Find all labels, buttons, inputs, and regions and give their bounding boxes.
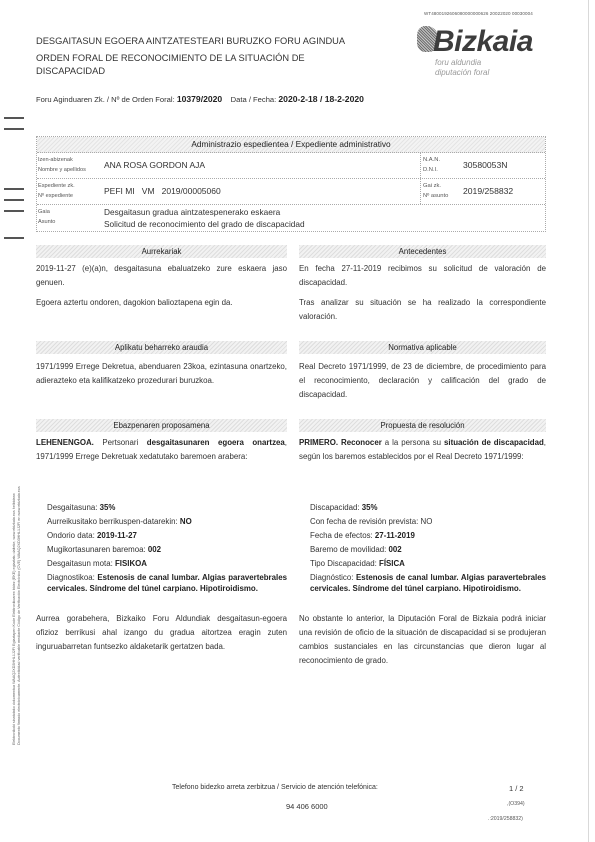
item-value: 27-11-2019 — [375, 531, 415, 540]
document-title-basque: DESGAITASUN EGOERA AINTZATESTEARI BURUZK… — [36, 36, 345, 46]
margin-tick-mark — [4, 188, 24, 190]
label-spanish: Nombre y apellidos — [38, 165, 102, 175]
item-label: Discapacidad: — [310, 503, 362, 512]
section-heading-antecedentes: Antecedentes — [299, 245, 546, 258]
section-heading-normativa: Normativa aplicable — [299, 341, 546, 354]
phone-service-label: Telefono bidezko arreta zerbitzua / Serv… — [172, 784, 378, 791]
intro-bold: situación de discapacidad — [444, 438, 544, 447]
label-spanish: Nº asunto — [423, 191, 463, 201]
logo-subtitle-basque: foru aldundia — [435, 58, 481, 67]
item-value: NO — [421, 517, 433, 526]
diagnosis-label: Diagnostikoa: — [47, 573, 97, 582]
aurrekariak-paragraph: 2019-11-27 (e)(a)n, desgaitasuna ebaluat… — [36, 262, 287, 290]
antecedentes-paragraph: Tras analizar su situación se ha realiza… — [299, 296, 546, 324]
intro-lead: LEHENENGOA. — [36, 438, 94, 447]
propuesta-intro: PRIMERO. Reconocer a la persona su situa… — [299, 436, 546, 464]
expediente-table: Administrazio espedientea / Expediente a… — [36, 136, 546, 232]
logo-wordmark: Bizkaia — [433, 25, 533, 59]
footer-reference-asunto: .:2019/258832) — [488, 816, 523, 822]
scan-edge-line — [588, 0, 589, 842]
document-title-spanish: ORDEN FORAL DE RECONOCIMIENTO DE LA SITU… — [36, 52, 366, 78]
item-value: FÍSICA — [379, 559, 405, 568]
intro-text: Pertsonari — [94, 438, 147, 447]
intro-text: a la persona su — [382, 438, 444, 447]
label-basque: Gai zk. — [423, 181, 463, 191]
label-basque: Gaia — [38, 207, 102, 217]
section-heading-araudia: Aplikatu beharreko araudia — [36, 341, 287, 354]
section-heading-aurrekariak: Aurrekariak — [36, 245, 287, 258]
araudia-paragraph: 1971/1999 Errege Dekretua, abenduaren 23… — [36, 360, 287, 388]
proposamena-details-list: Desgaitasuna: 35% Aurreikusitako berriku… — [47, 501, 287, 594]
item-label: Baremo de movilidad: — [310, 545, 389, 554]
bizkaia-logo: Bizkaia foru aldundia diputación foral — [417, 22, 567, 82]
electronic-signature-side-text: Elektronikoki sinatutako dokumentua WAAQ… — [12, 285, 21, 745]
list-item: Desgaitasuna: 35% — [47, 501, 287, 515]
applicant-name: ANA ROSA GORDON AJA — [102, 153, 420, 178]
field-label: Izen-abizenak Nombre y apellidos — [37, 153, 102, 178]
margin-tick-mark — [4, 117, 24, 119]
item-label: Ondorio data: — [47, 531, 97, 540]
list-item: Discapacidad: 35% — [310, 501, 546, 515]
section-heading-proposamena: Ebazpenaren proposamena — [36, 419, 287, 432]
order-number-value: 10379/2020 — [177, 94, 222, 104]
label-spanish: Nº expediente — [38, 191, 102, 201]
list-item: Mugikortasunaren baremoa: 002 — [47, 543, 287, 557]
footer-reference-code: ,(O394) — [507, 801, 525, 807]
table-row: Izen-abizenak Nombre y apellidos ANA ROS… — [37, 153, 545, 179]
margin-tick-mark — [4, 237, 24, 239]
item-value: 002 — [389, 545, 402, 554]
item-label: Con fecha de revisión prevista: — [310, 517, 421, 526]
item-value: FISIKOA — [115, 559, 147, 568]
asunto-value: Desgaitasun gradua aintzatespenerako esk… — [102, 205, 545, 231]
phone-service-number: 94 406 6000 — [286, 802, 328, 811]
dni-value: 30580053N — [463, 153, 545, 178]
intro-lead: PRIMERO. — [299, 438, 338, 447]
margin-tick-mark — [4, 210, 24, 212]
margin-tick-mark — [4, 128, 24, 130]
list-item: Baremo de movilidad: 002 — [310, 543, 546, 557]
expediente-table-header: Administrazio espedientea / Expediente a… — [37, 137, 545, 153]
asunto-basque: Desgaitasun gradua aintzatespenerako esk… — [104, 206, 545, 218]
antecedentes-paragraph: En fecha 27-11-2019 recibimos su solicit… — [299, 262, 546, 290]
order-date-value: 2020-2-18 / 18-2-2020 — [278, 94, 364, 104]
label-basque: Espediente zk. — [38, 181, 102, 191]
order-date-label: Data / Fecha: — [231, 95, 277, 104]
label-basque: Izen-abizenak — [38, 155, 102, 165]
field-label: Gai zk. Nº asunto — [420, 179, 463, 204]
label-spanish: Asunto — [38, 217, 102, 227]
order-number-line: Foru Aginduaren Zk. / Nº de Orden Foral:… — [36, 94, 364, 104]
document-barcode-code: WT4800192606080000000626 20022020 000300… — [424, 11, 533, 16]
diagnosis: Diagnostikoa: Estenosis de canal lumbar.… — [47, 573, 287, 594]
item-label: Tipo Discapacidad: — [310, 559, 379, 568]
normativa-paragraph: Real Decreto 1971/1999, de 23 de diciemb… — [299, 360, 546, 402]
list-item: Fecha de efectos: 27-11-2019 — [310, 529, 546, 543]
intro-bold: desgaitasunaren egoera onartzea — [147, 438, 285, 447]
list-item: Aurreikusitako berrikuspen-datarekin: NO — [47, 515, 287, 529]
field-label: Gaia Asunto — [37, 205, 102, 231]
item-label: Desgaitasun mota: — [47, 559, 115, 568]
proposamena-closing: Aurrea gorabehera, Bizkaiko Foru Aldundi… — [36, 612, 287, 654]
item-value: 35% — [362, 503, 378, 512]
aurrekariak-paragraph: Egoera aztertu ondoren, dagokion baliozt… — [36, 296, 287, 310]
asunto-number: 2019/258832 — [463, 179, 545, 204]
order-number-label: Foru Aginduaren Zk. / Nº de Orden Foral: — [36, 95, 175, 104]
propuesta-details-list: Discapacidad: 35% Con fecha de revisión … — [310, 501, 546, 594]
list-item: Con fecha de revisión prevista: NO — [310, 515, 546, 529]
section-heading-propuesta: Propuesta de resolución — [299, 419, 546, 432]
margin-tick-mark — [4, 199, 24, 201]
item-value: NO — [180, 517, 192, 526]
asunto-spanish: Solicitud de reconocimiento del grado de… — [104, 218, 545, 230]
diagnosis-label: Diagnóstico: — [310, 573, 356, 582]
propuesta-closing: No obstante lo anterior, la Diputación F… — [299, 612, 546, 668]
list-item: Desgaitasun mota: FISIKOA — [47, 557, 287, 571]
proposamena-intro: LEHENENGOA. Pertsonari desgaitasunaren e… — [36, 436, 287, 464]
list-item: Tipo Discapacidad: FÍSICA — [310, 557, 546, 571]
item-label: Mugikortasunaren baremoa: — [47, 545, 148, 554]
table-row: Gaia Asunto Desgaitasun gradua aintzates… — [37, 205, 545, 231]
item-label: Desgaitasuna: — [47, 503, 100, 512]
item-value: 2019-11-27 — [97, 531, 137, 540]
page-number: 1 / 2 — [509, 784, 524, 793]
label-basque: N.A.N. — [423, 155, 463, 165]
item-value: 35% — [100, 503, 116, 512]
item-value: 002 — [148, 545, 161, 554]
list-item: Ondorio data: 2019-11-27 — [47, 529, 287, 543]
logo-subtitle-spanish: diputación foral — [435, 68, 489, 77]
field-label: Espediente zk. Nº expediente — [37, 179, 102, 204]
diagnosis: Diagnóstico: Estenosis de canal lumbar. … — [310, 573, 546, 594]
field-label: N.A.N. D.N.I. — [420, 153, 463, 178]
item-label: Aurreikusitako berrikuspen-datarekin: — [47, 517, 180, 526]
item-label: Fecha de efectos: — [310, 531, 375, 540]
side-text-spanish: Documento firmado electrónicamente. Aute… — [17, 285, 22, 745]
table-row: Espediente zk. Nº expediente PEFI MI VM … — [37, 179, 545, 205]
label-spanish: D.N.I. — [423, 165, 463, 175]
intro-bold: Reconocer — [338, 438, 382, 447]
expediente-number: PEFI MI VM 2019/00005060 — [102, 179, 420, 204]
